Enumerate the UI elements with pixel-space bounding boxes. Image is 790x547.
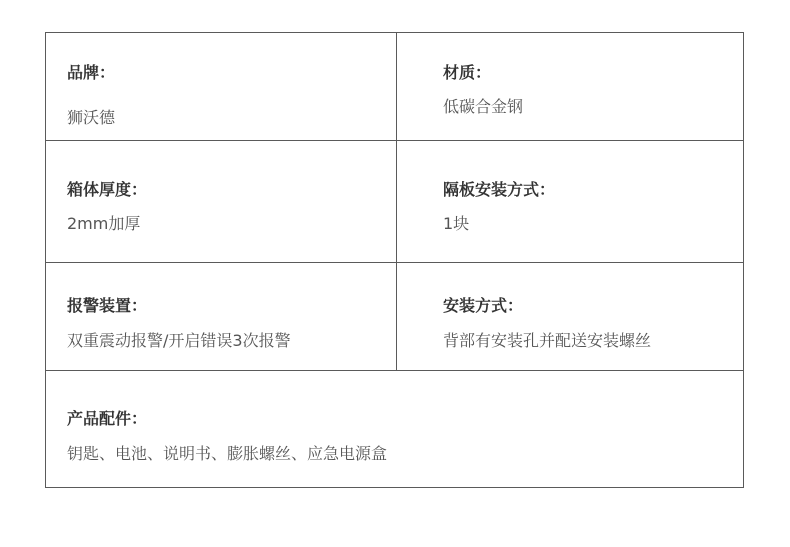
spec-cell-accessories: 产品配件： 钥匙、电池、说明书、膨胀螺丝、应急电源盒	[46, 371, 743, 487]
spec-label: 安装方式：	[443, 293, 523, 316]
spec-cell-shelf-installation: 隔板安装方式： 1块	[397, 141, 743, 262]
table-row: 产品配件： 钥匙、电池、说明书、膨胀螺丝、应急电源盒	[46, 371, 743, 487]
spec-cell-brand: 品牌： 狮沃德	[46, 33, 397, 140]
spec-cell-alarm: 报警装置： 双重震动报警/开启错误3次报警	[46, 263, 397, 370]
table-row: 品牌： 狮沃德 材质： 低碳合金钢	[46, 33, 743, 141]
spec-value: 钥匙、电池、说明书、膨胀螺丝、应急电源盒	[67, 441, 387, 464]
spec-label: 箱体厚度：	[67, 177, 147, 200]
spec-label: 报警装置：	[67, 293, 147, 316]
spec-value: 1块	[443, 211, 469, 234]
spec-label: 品牌：	[67, 60, 115, 83]
spec-value: 2mm加厚	[67, 211, 140, 234]
spec-cell-box-thickness: 箱体厚度： 2mm加厚	[46, 141, 397, 262]
spec-value: 低碳合金钢	[443, 94, 523, 117]
spec-label: 隔板安装方式：	[443, 177, 555, 200]
table-row: 报警装置： 双重震动报警/开启错误3次报警 安装方式： 背部有安装孔并配送安装螺…	[46, 263, 743, 371]
spec-table: 品牌： 狮沃德 材质： 低碳合金钢 箱体厚度： 2mm加厚 隔板安装方式： 1块…	[45, 32, 744, 488]
spec-cell-mounting: 安装方式： 背部有安装孔并配送安装螺丝	[397, 263, 743, 370]
spec-cell-material: 材质： 低碳合金钢	[397, 33, 743, 140]
spec-value: 狮沃德	[67, 105, 115, 128]
spec-value: 背部有安装孔并配送安装螺丝	[443, 328, 651, 351]
spec-label: 材质：	[443, 60, 491, 83]
spec-value: 双重震动报警/开启错误3次报警	[67, 328, 291, 351]
spec-label: 产品配件：	[67, 406, 147, 429]
table-row: 箱体厚度： 2mm加厚 隔板安装方式： 1块	[46, 141, 743, 263]
